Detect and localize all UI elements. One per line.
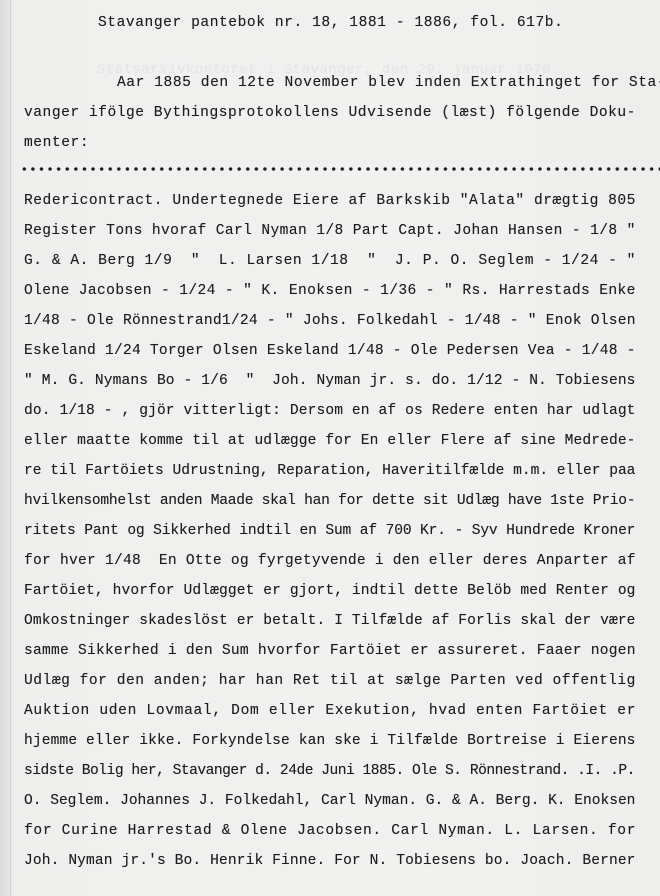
body-line: samme Sikkerhed i den Sum hvorfor Fartöi… [24,642,636,660]
body-line: 1/48 - Ole Rönnestrand1/24 - " Johs. Fol… [24,312,636,330]
body-line: Udlæg for den anden; har han Ret til at … [24,672,636,690]
intro-line: Aar 1885 den 12te November blev inden Ex… [117,74,660,92]
body-line: Joh. Nyman jr.'s Bo. Henrik Finne. For N… [24,852,636,870]
body-line: " M. G. Nymans Bo - 1/6 " Joh. Nyman jr.… [24,372,636,390]
body-line: O. Seglem. Johannes J. Folkedahl, Carl N… [24,792,635,810]
intro-line: vanger ifölge Bythingsprotokollens Udvis… [24,104,636,122]
body-line: Redericontract. Undertegnede Eiere af Ba… [24,192,636,210]
body-line: eller maatte komme til at udlægge for En… [24,432,636,450]
body-line: Olene Jacobsen - 1/24 - " K. Enoksen - 1… [24,282,636,300]
body-line: do. 1/18 - , gjör vitterligt: Dersom en … [24,402,636,420]
body-line: for Curine Harrestad & Olene Jacobsen. C… [24,822,636,840]
body-line: Fartöiet, hvorfor Udlægget er gjort, ind… [24,582,636,600]
body-line: Eskeland 1/24 Torger Olsen Eskeland 1/48… [24,342,636,360]
body-line: Auktion uden Lovmaal, Dom eller Exekutio… [24,702,636,720]
body-line: hvilkensomhelst anden Maade skal han for… [24,492,635,510]
typewritten-page: Statsarkivkontoret i Stavanger, den 29. … [0,0,660,896]
document-header: Stavanger pantebok nr. 18, 1881 - 1886, … [98,14,563,32]
intro-line: menter: [24,134,89,152]
body-line: hjemme eller ikke. Forkyndelse kan ske i… [24,732,636,750]
body-line: sidste Bolig her, Stavanger d. 24de Juni… [24,762,635,780]
body-line: Register Tons hvoraf Carl Nyman 1/8 Part… [24,222,636,240]
body-line: Omkostninger skadeslöst er betalt. I Til… [24,612,636,630]
body-line: re til Fartöiets Udrustning, Reparation,… [24,462,635,480]
body-line: for hver 1/48 En Otte og fyrgetyvende i … [24,552,636,570]
body-line: ritets Pant og Sikkerhed indtil en Sum a… [24,522,635,540]
body-line: G. & A. Berg 1/9 " L. Larsen 1/18 " J. P… [24,252,636,270]
dotted-separator [20,166,660,172]
